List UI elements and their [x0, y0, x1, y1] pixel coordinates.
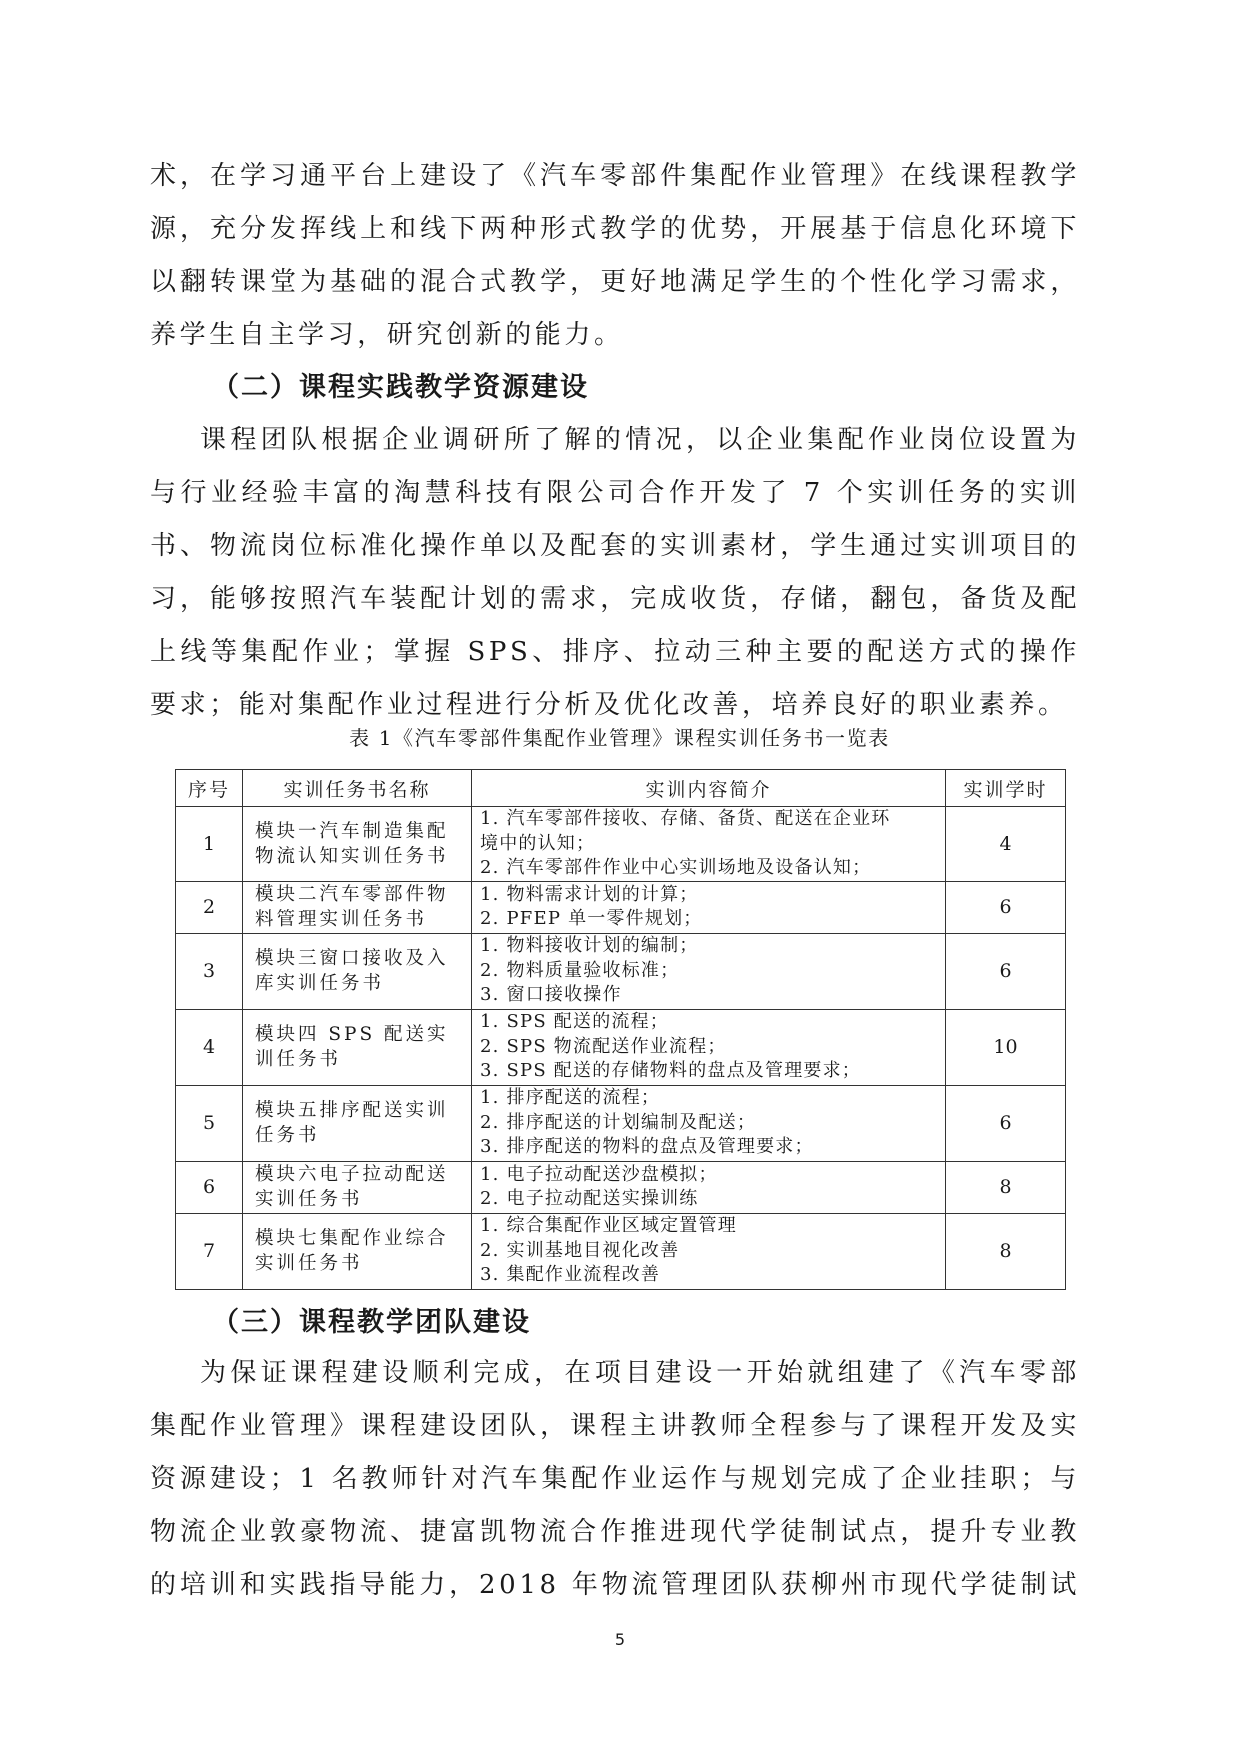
paragraph-line: 资源建设；1 名教师针对汽车集配作业运作与规划完成了企业挂职；与知名 [150, 1462, 1080, 1496]
row-number: 3 [176, 933, 243, 1009]
content-line: 1. 综合集配作业区域定置管理 [480, 1214, 945, 1239]
row-number: 4 [176, 1009, 243, 1085]
content-line: 2. 实训基地目视化改善 [480, 1239, 945, 1264]
content-line: 1. 电子拉动配送沙盘模拟； [480, 1163, 945, 1188]
paragraph-line: 要求；能对集配作业过程进行分析及优化改善，培养良好的职业素养。 [150, 688, 1080, 722]
table-row: 3 模块三窗口接收及入库实训任务书 1. 物料接收计划的编制； 2. 物料质量验… [176, 933, 1066, 1009]
paragraph-line: 的培训和实践指导能力，2018 年物流管理团队获柳州市现代学徒制试点专 [150, 1568, 1080, 1602]
task-name: 模块三窗口接收及入库实训任务书 [243, 933, 472, 1009]
row-number: 2 [176, 881, 243, 933]
task-name: 模块一汽车制造集配物流认知实训任务书 [243, 807, 472, 882]
task-content: 1. 电子拉动配送沙盘模拟； 2. 电子拉动配送实操训练 [472, 1161, 946, 1213]
paragraph-line: 养学生自主学习，研究创新的能力。 [150, 318, 1080, 352]
task-hours: 6 [946, 933, 1066, 1009]
task-content: 1. 汽车零部件接收、存储、备货、配送在企业环 境中的认知； 2. 汽车零部件作… [472, 807, 946, 882]
task-name: 模块二汽车零部件物料管理实训任务书 [243, 881, 472, 933]
table-row: 2 模块二汽车零部件物料管理实训任务书 1. 物料需求计划的计算； 2. PFE… [176, 881, 1066, 933]
paragraph-line: 与行业经验丰富的淘慧科技有限公司合作开发了 7 个实训任务的实训任务 [150, 476, 1080, 510]
content-line: 2. SPS 物流配送作业流程； [480, 1035, 945, 1060]
task-hours: 8 [946, 1213, 1066, 1289]
content-line: 2. PFEP 单一零件规划； [480, 907, 945, 932]
table-row: 1 模块一汽车制造集配物流认知实训任务书 1. 汽车零部件接收、存储、备货、配送… [176, 807, 1066, 882]
column-header-task-name: 实训任务书名称 [243, 770, 472, 807]
content-line: 3. 集配作业流程改善 [480, 1263, 945, 1288]
content-line: 3. SPS 配送的存储物料的盘点及管理要求； [480, 1059, 945, 1084]
paragraph-line: 源，充分发挥线上和线下两种形式教学的优势，开展基于信息化环境下的 [150, 212, 1080, 246]
task-name: 模块四 SPS 配送实训任务书 [243, 1009, 472, 1085]
row-number: 6 [176, 1161, 243, 1213]
document-page: 术，在学习通平台上建设了《汽车零部件集配作业管理》在线课程教学资 源，充分发挥线… [0, 0, 1240, 1754]
content-line: 境中的认知； [480, 832, 945, 857]
paragraph-line: 物流企业敦豪物流、捷富凯物流合作推进现代学徒制试点，提升专业教师 [150, 1515, 1080, 1549]
paragraph-line: 习，能够按照汽车装配计划的需求，完成收货，存储，翻包，备货及配送 [150, 582, 1080, 616]
paragraph-line: 以翻转课堂为基础的混合式教学，更好地满足学生的个性化学习需求，培 [150, 265, 1080, 299]
task-name: 模块六电子拉动配送实训任务书 [243, 1161, 472, 1213]
task-hours: 6 [946, 1085, 1066, 1161]
paragraph-line: 书、物流岗位标准化操作单以及配套的实训素材，学生通过实训项目的学 [150, 529, 1080, 563]
content-line: 1. 排序配送的流程； [480, 1086, 945, 1111]
table-row: 7 模块七集配作业综合实训任务书 1. 综合集配作业区域定置管理 2. 实训基地… [176, 1213, 1066, 1289]
paragraph-line: 术，在学习通平台上建设了《汽车零部件集配作业管理》在线课程教学资 [150, 159, 1080, 193]
paragraph-line: 集配作业管理》课程建设团队，课程主讲教师全程参与了课程开发及实训 [150, 1409, 1080, 1443]
column-header-hours: 实训学时 [946, 770, 1066, 807]
content-line: 2. 汽车零部件作业中心实训场地及设备认知； [480, 856, 945, 881]
task-hours: 10 [946, 1009, 1066, 1085]
paragraph-line: 课程团队根据企业调研所了解的情况，以企业集配作业岗位设置为指导， [200, 423, 1080, 457]
content-line: 2. 电子拉动配送实操训练 [480, 1187, 945, 1212]
table-row: 6 模块六电子拉动配送实训任务书 1. 电子拉动配送沙盘模拟； 2. 电子拉动配… [176, 1161, 1066, 1213]
content-line: 1. 物料需求计划的计算； [480, 883, 945, 908]
task-name: 模块五排序配送实训任务书 [243, 1085, 472, 1161]
section-heading-teaching-team: （三）课程教学团队建设 [212, 1306, 531, 1340]
column-header-number: 序号 [176, 770, 243, 807]
task-hours: 6 [946, 881, 1066, 933]
task-content: 1. 物料接收计划的编制； 2. 物料质量验收标准； 3. 窗口接收操作 [472, 933, 946, 1009]
paragraph-line: 上线等集配作业；掌握 SPS、排序、拉动三种主要的配送方式的操作流程及 [150, 635, 1080, 669]
table-row: 5 模块五排序配送实训任务书 1. 排序配送的流程； 2. 排序配送的计划编制及… [176, 1085, 1066, 1161]
table-row: 4 模块四 SPS 配送实训任务书 1. SPS 配送的流程； 2. SPS 物… [176, 1009, 1066, 1085]
training-tasks-table: 序号 实训任务书名称 实训内容简介 实训学时 1 模块一汽车制造集配物流认知实训… [175, 769, 1066, 1290]
column-header-content: 实训内容简介 [472, 770, 946, 807]
task-content: 1. 综合集配作业区域定置管理 2. 实训基地目视化改善 3. 集配作业流程改善 [472, 1213, 946, 1289]
task-content: 1. 排序配送的流程； 2. 排序配送的计划编制及配送； 3. 排序配送的物料的… [472, 1085, 946, 1161]
task-hours: 4 [946, 807, 1066, 882]
content-line: 1. 汽车零部件接收、存储、备货、配送在企业环 [480, 807, 945, 832]
content-line: 3. 排序配送的物料的盘点及管理要求； [480, 1135, 945, 1160]
row-number: 5 [176, 1085, 243, 1161]
paragraph-line: 为保证课程建设顺利完成，在项目建设一开始就组建了《汽车零部件 [200, 1356, 1080, 1390]
task-name: 模块七集配作业综合实训任务书 [243, 1213, 472, 1289]
task-hours: 8 [946, 1161, 1066, 1213]
task-content: 1. 物料需求计划的计算； 2. PFEP 单一零件规划； [472, 881, 946, 933]
table-header-row: 序号 实训任务书名称 实训内容简介 实训学时 [176, 770, 1066, 807]
row-number: 7 [176, 1213, 243, 1289]
table-caption: 表 1《汽车零部件集配作业管理》课程实训任务书一览表 [175, 724, 1064, 752]
section-heading-practice-resources: （二）课程实践教学资源建设 [212, 371, 589, 405]
task-content: 1. SPS 配送的流程； 2. SPS 物流配送作业流程； 3. SPS 配送… [472, 1009, 946, 1085]
page-number: 5 [0, 1630, 1240, 1649]
content-line: 1. SPS 配送的流程； [480, 1010, 945, 1035]
content-line: 3. 窗口接收操作 [480, 983, 945, 1008]
content-line: 1. 物料接收计划的编制； [480, 934, 945, 959]
content-line: 2. 排序配送的计划编制及配送； [480, 1111, 945, 1136]
content-line: 2. 物料质量验收标准； [480, 959, 945, 984]
row-number: 1 [176, 807, 243, 882]
